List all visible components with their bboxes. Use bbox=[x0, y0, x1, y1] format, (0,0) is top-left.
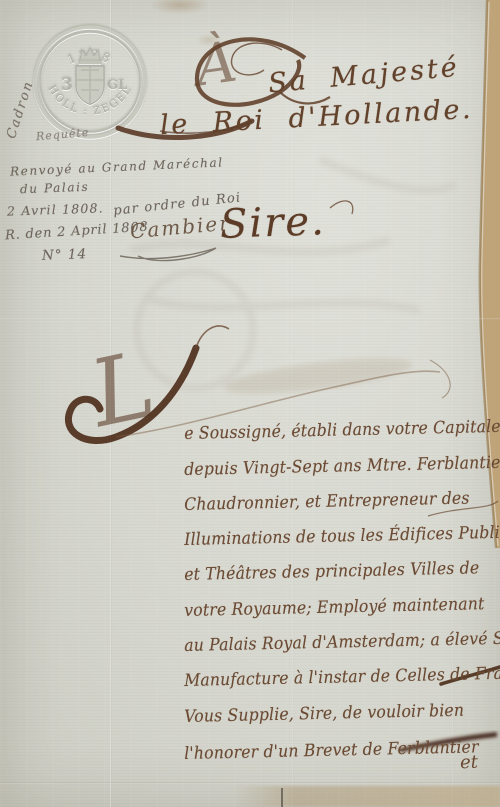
manuscript-page: 1808 3 GL HOLL : ZEGEL bbox=[0, 0, 500, 807]
catchword: et bbox=[460, 752, 479, 774]
ink-mark bbox=[281, 788, 283, 807]
salutation: Sire. bbox=[219, 198, 326, 248]
embossed-seal: 1808 3 GL HOLL : ZEGEL bbox=[28, 20, 152, 144]
margin-referral-line2: du Palais bbox=[20, 180, 90, 196]
seal-value-left: 3 bbox=[61, 75, 73, 95]
stain-bottom bbox=[235, 786, 500, 807]
seal-crown-band bbox=[79, 60, 101, 64]
margin-number: N° 14 bbox=[42, 246, 88, 264]
